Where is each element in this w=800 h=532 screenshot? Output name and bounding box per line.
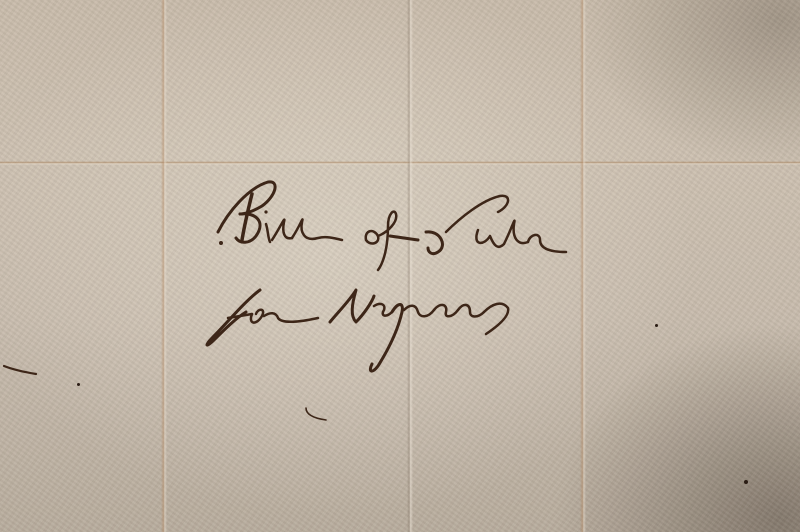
ink-line-bill-of-sale (218, 182, 566, 270)
document-paper: Bill of Sale for Negroes (0, 0, 800, 532)
stray-ink-hair (306, 408, 326, 420)
ink-line-for-negroes (207, 290, 508, 371)
ink-speck (77, 383, 80, 386)
stray-ink-mark-left (4, 366, 36, 374)
ink-speck (655, 324, 658, 327)
handwritten-inscription (0, 0, 800, 532)
ink-speck (744, 480, 748, 484)
